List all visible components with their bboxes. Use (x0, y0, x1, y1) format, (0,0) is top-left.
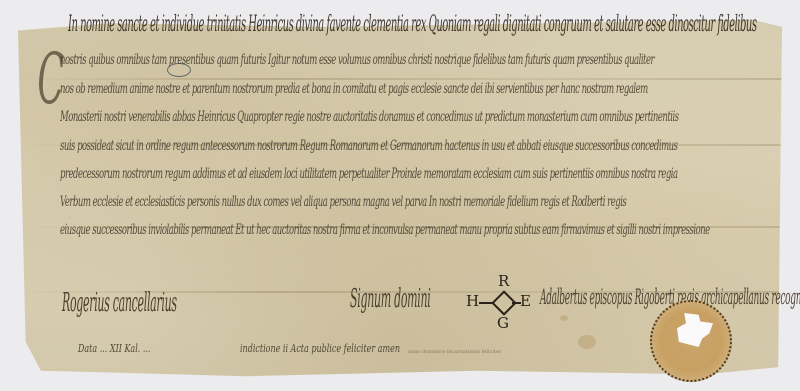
charter-line-1: In nomine sancte et individue trinitatis… (68, 14, 760, 45)
charter-line-4: Monasterii nostri venerabilis abbas Hein… (60, 110, 760, 132)
dating-line-part2: indictione ii Acta publice feliciter ame… (240, 342, 400, 355)
monogram-letter-h: H (466, 292, 479, 310)
charter-line-2: nostris quibus omnibus tam presentibus q… (60, 53, 760, 75)
charter-line-6: predecessorum nostrorum regum addimus et… (60, 167, 760, 189)
dating-line-part1: Data ... XII Kal. ... (78, 342, 150, 355)
stain (578, 335, 596, 349)
charter-line-8: eiusque successoribus inviolabilis perma… (60, 223, 760, 245)
faint-note: anno dominice incarnationis feliciter (408, 349, 501, 355)
charter-line-3: nos ob remedium anime nostre et parentum… (60, 82, 760, 104)
fold-line (18, 78, 782, 80)
charter-line-5: suis possideat sicut in ordine regum ant… (60, 139, 760, 161)
charter-line-7: Verbum ecclesie et ecclesiasticis person… (60, 195, 760, 217)
monogram-letter-e: E (520, 292, 531, 310)
royal-monogram: R H E G (466, 272, 536, 336)
signature-signum: Signum domini (350, 283, 431, 314)
stain (560, 315, 568, 321)
signature-chancellor: Rogerius cancellarius (62, 287, 177, 318)
monogram-letter-r: R (498, 272, 509, 290)
monogram-letter-g: G (497, 314, 509, 332)
ornate-initial: C (37, 38, 64, 120)
